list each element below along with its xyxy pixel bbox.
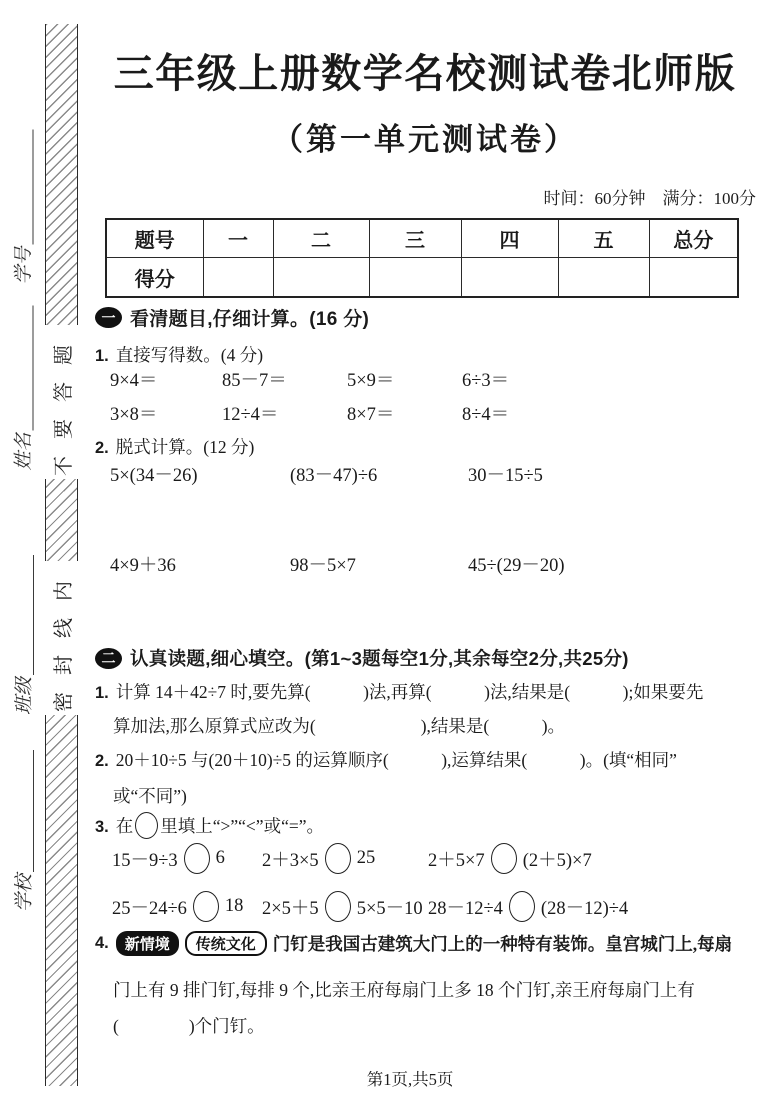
compare-circle-icon: [325, 843, 351, 874]
margin-field-label: 学号: [13, 246, 37, 284]
score-table-header-cell: 总分: [649, 219, 738, 258]
stepwise-expression: 45÷(29－20): [468, 551, 564, 577]
seal-text-top: 不要答题: [45, 325, 78, 479]
oral-expression: 8×7＝: [347, 400, 394, 426]
comparison-right: 18: [225, 896, 244, 917]
s2-q2-line2: 或“不同”): [113, 783, 187, 808]
comparison-right: (2＋5)×7: [523, 846, 592, 872]
write-in-line: [33, 555, 34, 675]
seal-line-text: 密封线内 不要答题: [46, 325, 76, 715]
margin-field-label: 学校: [13, 874, 37, 912]
comparison-left: 2＋3×5: [262, 846, 319, 872]
section-number-icon: 一: [95, 307, 122, 328]
s2-q3-label-line: 3.在里填上“>”“<”或“=”。: [95, 812, 324, 839]
score-row-label: 得分: [106, 258, 203, 298]
comparison-left: 2×5＋5: [262, 894, 319, 920]
oral-expression: 5×9＝: [347, 366, 394, 392]
write-in-line: [33, 130, 34, 245]
compare-circle-icon: [509, 891, 535, 922]
oral-expression: 6÷3＝: [462, 366, 509, 392]
score-cell: [649, 258, 738, 298]
section2-header: 二 认真读题,细心填空。(第1~3题每空1分,其余每空2分,共25分): [95, 645, 629, 671]
compare-circle-icon: [184, 843, 210, 874]
stepwise-expression: 98－5×7: [290, 551, 356, 577]
page-footer: 第1页,共5页: [60, 1066, 760, 1090]
margin-field-name: 姓名: [11, 306, 37, 471]
margin-field-label: 姓名: [13, 432, 37, 470]
new-context-badge: 新情境: [116, 931, 179, 956]
margin-field-label: 班级: [13, 677, 37, 715]
comparison-item: 2＋3×525: [262, 843, 375, 874]
fill-blank-text: 或“不同”): [113, 786, 187, 806]
question-number: 1.: [95, 347, 109, 365]
comparison-item: 28－12÷4(28－12)÷4: [428, 891, 628, 922]
score-cell: [203, 258, 273, 298]
question-number: 2.: [95, 752, 109, 770]
comparison-right: 25: [357, 848, 376, 869]
oral-expression: 8÷4＝: [462, 400, 509, 426]
fill-blank-text: 20＋10÷5 与(20＋10)÷5 的运算顺序( ),运算结果( )。(填“相…: [116, 750, 677, 770]
comparison-item: 2×5＋55×5－10: [262, 891, 423, 922]
comparison-item: 15－9÷36: [112, 843, 225, 874]
stepwise-expression: 4×9＋36: [110, 551, 176, 577]
exam-info: 时间：60分钟 满分：100分: [90, 184, 756, 209]
score-table-header-cell: 题号: [106, 219, 203, 258]
compare-circle-icon: [491, 843, 517, 874]
page-subtitle: （第一单元测试卷）: [90, 114, 760, 159]
score-cell: [558, 258, 649, 298]
comparison-item: 25－24÷618: [112, 891, 243, 922]
question-label: 里填上“>”“<”或“=”。: [160, 816, 324, 836]
word-problem-text: 门钉是我国古建筑大门上的一种特有装饰。皇宫城门上,每扇: [273, 931, 732, 956]
oral-expression: 3×8＝: [110, 400, 157, 426]
score-table-header-cell: 五: [558, 219, 649, 258]
score-table-header-cell: 二: [273, 219, 369, 258]
stepwise-expression: 30－15÷5: [468, 461, 543, 487]
compare-circle-icon: [135, 812, 158, 839]
s2-q2-line1: 2.20＋10÷5 与(20＋10)÷5 的运算顺序( ),运算结果( )。(填…: [95, 747, 677, 772]
score-table-score-row: 得分: [106, 258, 738, 298]
question-number: 3.: [95, 818, 109, 836]
s1-q2-label-line: 2.脱式计算。(12 分): [95, 434, 254, 459]
stepwise-expression: (83－47)÷6: [290, 461, 377, 487]
oral-expression: 12÷4＝: [222, 400, 278, 426]
comparison-right: (28－12)÷4: [541, 894, 628, 920]
section2-title: 认真读题,细心填空。(第1~3题每空1分,其余每空2分,共25分): [130, 645, 629, 671]
s2-q1-line2: 算加法,那么原算式应改为( ),结果是( )。: [113, 713, 565, 738]
s2-q4-line1: 4. 新情境 传统文化 门钉是我国古建筑大门上的一种特有装饰。皇宫城门上,每扇: [95, 931, 732, 956]
stepwise-expression: 5×(34－26): [110, 461, 198, 487]
section1-title: 看清题目,仔细计算。(16 分): [130, 304, 369, 331]
margin-field-class: 班级: [11, 555, 37, 715]
oral-expression: 85－7＝: [222, 366, 287, 392]
comparison-right: 5×5－10: [357, 894, 423, 920]
word-problem-text: ( )个门钉。: [113, 1016, 265, 1036]
margin-field-student-number: 学号: [11, 130, 37, 285]
score-table: 题号 一 二 三 四 五 总分 得分: [105, 218, 739, 298]
score-table-header-cell: 一: [203, 219, 273, 258]
score-cell: [461, 258, 558, 298]
question-number: 2.: [95, 439, 109, 457]
traditional-culture-badge: 传统文化: [185, 931, 267, 956]
score-cell: [273, 258, 369, 298]
question-number: 4.: [95, 934, 109, 953]
s2-q4-line2: 门上有 9 排门钉,每排 9 个,比亲王府每扇门上多 18 个门钉,亲王府每扇门…: [113, 977, 695, 1002]
compare-circle-icon: [325, 891, 351, 922]
comparison-left: 2＋5×7: [428, 846, 485, 872]
write-in-line: [33, 750, 34, 872]
question-number: 1.: [95, 684, 109, 702]
margin-field-school: 学校: [11, 750, 37, 912]
oral-expression: 9×4＝: [110, 366, 157, 392]
section1-header: 一 看清题目,仔细计算。(16 分): [95, 304, 369, 331]
comparison-left: 28－12÷4: [428, 894, 503, 920]
question-label: 在: [116, 816, 134, 836]
section-number-icon: 二: [95, 648, 122, 669]
comparison-left: 25－24÷6: [112, 894, 187, 920]
fill-blank-text: 算加法,那么原算式应改为( ),结果是( )。: [113, 716, 565, 736]
write-in-line: [33, 306, 34, 431]
word-problem-text: 门上有 9 排门钉,每排 9 个,比亲王府每扇门上多 18 个门钉,亲王府每扇门…: [113, 980, 695, 1000]
s2-q4-line3: ( )个门钉。: [113, 1013, 265, 1038]
page-title: 三年级上册数学名校测试卷北师版: [90, 42, 760, 99]
compare-circle-icon: [193, 891, 219, 922]
score-table-header-cell: 三: [369, 219, 461, 258]
score-cell: [369, 258, 461, 298]
score-table-header-row: 题号 一 二 三 四 五 总分: [106, 219, 738, 258]
s1-q1-label-line: 1.直接写得数。(4 分): [95, 342, 263, 367]
question-label: 直接写得数。(4 分): [116, 345, 263, 365]
comparison-left: 15－9÷3: [112, 846, 178, 872]
comparison-item: 2＋5×7(2＋5)×7: [428, 843, 592, 874]
comparison-right: 6: [216, 848, 225, 869]
s2-q1-line1: 1.计算 14＋42÷7 时,要先算( )法,再算( )法,结果是( );如果要…: [95, 679, 703, 704]
question-label: 脱式计算。(12 分): [116, 437, 255, 457]
seal-text-bottom: 密封线内: [45, 561, 78, 715]
score-table-header-cell: 四: [461, 219, 558, 258]
fill-blank-text: 计算 14＋42÷7 时,要先算( )法,再算( )法,结果是( );如果要先: [116, 682, 704, 702]
